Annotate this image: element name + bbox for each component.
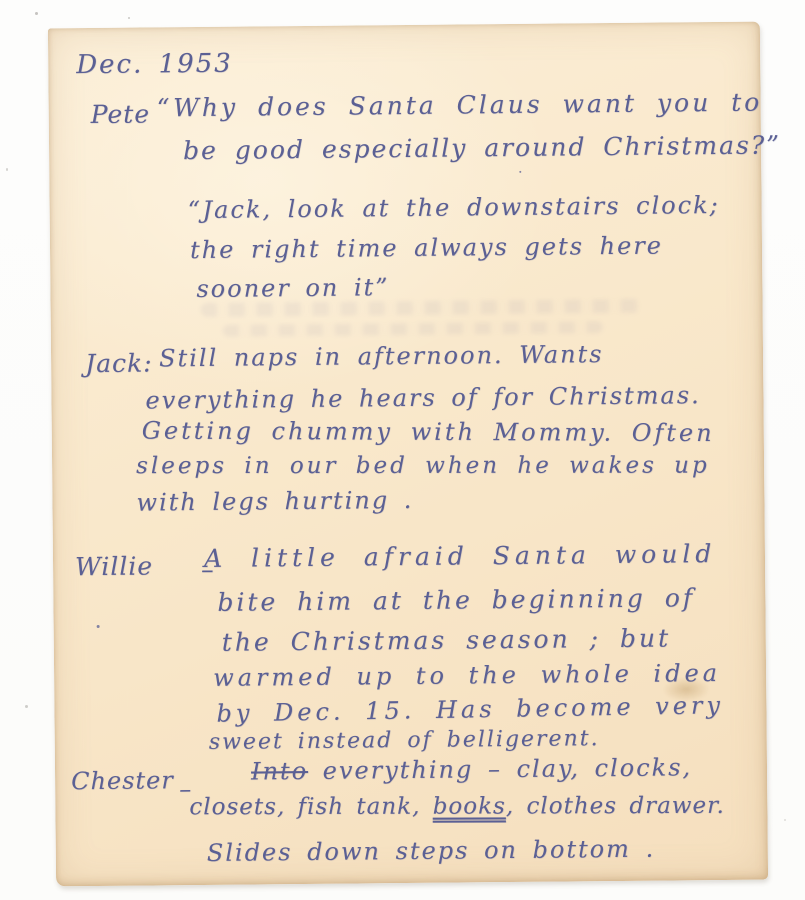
jack-line5: with legs hurting .: [136, 486, 413, 517]
speaker-label-jack: Jack:: [85, 348, 153, 378]
chester-line1: Into everything – clay, clocks,: [251, 753, 692, 785]
jack-line4: sleeps in our bed when he wakes up: [136, 453, 710, 480]
pete-quote1-line2: be good especially around Christmas?”: [183, 130, 781, 165]
speaker-label-willie: Willie: [75, 551, 153, 581]
chester-line1-rest: everything – clay, clocks,: [308, 753, 692, 785]
jack-line3: Getting chummy with Mommy. Often: [142, 417, 715, 447]
dust-speck: [35, 12, 38, 15]
dust-speck: [128, 17, 130, 19]
handwritten-note-paper: Dec. 1953 Pete “Why does Santa Claus wan…: [48, 22, 768, 887]
jack-line2: everything he hears of for Christmas.: [145, 381, 700, 414]
chester-underlined-word: books: [433, 793, 506, 819]
speaker-label-chester: Chester: [71, 766, 174, 795]
chester-line2: closets, fish tank, books, clothes drawe…: [189, 793, 725, 820]
chester-line2-pre: closets, fish tank,: [189, 794, 432, 821]
chester-struck-word: Into: [251, 757, 308, 786]
dust-speck: [784, 819, 786, 821]
date-heading: Dec. 1953: [76, 49, 233, 81]
pete-quote2-line2: the right time always gets here: [190, 232, 663, 265]
ink-dot: [519, 171, 521, 173]
pete-quote2-line3: sooner on it”: [196, 273, 389, 303]
willie-line1: A little afraid Santa would: [204, 539, 717, 573]
bleedthrough-smudge: [223, 321, 603, 337]
speaker-label-pete: Pete: [91, 99, 151, 129]
scanned-document-background: Dec. 1953 Pete “Why does Santa Claus wan…: [0, 0, 805, 900]
chester-line3: Slides down steps on bottom .: [207, 835, 656, 867]
pete-quote1-line1: “Why does Santa Claus want you to: [157, 88, 763, 123]
dust-speck: [25, 705, 28, 708]
pete-quote2-line1: “Jack, look at the downstairs clock;: [188, 191, 720, 224]
willie-line5: by Dec. 15. Has become very: [216, 691, 724, 727]
dust-speck: [6, 168, 8, 171]
willie-line2: bite him at the beginning of: [217, 583, 695, 617]
willie-line4: warmed up to the whole idea: [213, 659, 721, 692]
willie-line6: sweet instead of belligerent.: [209, 726, 600, 755]
ink-dot: [97, 625, 100, 628]
jack-line1: Still naps in afternoon. Wants: [159, 340, 604, 372]
chester-line2-rest: , clothes drawer.: [506, 793, 725, 820]
willie-line3: the Christmas season ; but: [222, 623, 672, 656]
